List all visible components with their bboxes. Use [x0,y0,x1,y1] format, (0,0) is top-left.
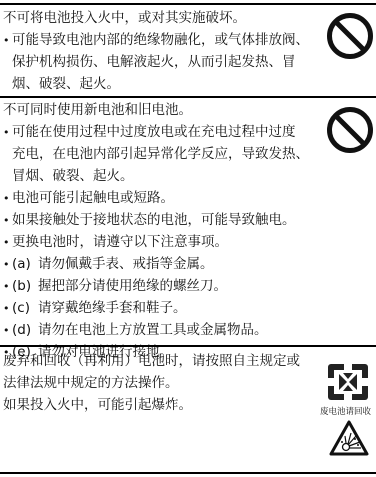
sub-item-b: (b)握把部分请使用绝缘的螺丝刀。 [3,275,321,297]
bullet-item: 电池可能引起触电或短路。 [3,187,321,209]
sub-item-label: (d) [12,319,38,341]
recycle-label: 废电池请回收 [320,405,371,417]
sub-item-c: (c)请穿戴绝缘手套和鞋子。 [3,297,321,319]
bullet-item-continuation: 冒烟、破裂、起火。 [3,165,321,187]
divider [0,96,376,98]
sub-item-label: (a) [12,253,38,275]
explosion-warning-icon [329,420,369,456]
warning-section-mixing: 不可同时使用新电池和旧电池。 可能在使用过程中过度放电或在充电过程中过度 充电，… [3,99,321,363]
divider [0,345,376,347]
sub-item-a: (a)请勿佩戴手表、戒指等金属。 [3,253,321,275]
disposal-text: 废弃和回收（再利用）电池时，请按照自主规定或 [3,350,321,372]
bullet-item: 可能在使用过程中过度放电或在充电过程中过度 [3,121,321,143]
sub-item-text: 请勿佩戴手表、戒指等金属。 [38,256,214,272]
battery-recycle-icon [327,363,369,401]
disposal-section: 废弃和回收（再利用）电池时，请按照自主规定或 法律法规中规定的方法操作。 如果投… [3,350,321,416]
warning-section-fire: 不可将电池投入火中，或对其实施破坏。 可能导致电池内部的绝缘物融化，或气体排放阀… [3,7,321,95]
sub-item-text: 请穿戴绝缘手套和鞋子。 [38,300,187,316]
divider-bottom [0,472,376,474]
disposal-text: 法律法规中规定的方法操作。 [3,372,321,394]
sub-item-text: 请勿在电池上方放置工具或金属物品。 [38,322,268,338]
divider-top [0,3,376,5]
bullet-item-continuation: 保护机构损伤、电解液起火，从而引起发热、冒 [3,51,321,73]
section-heading: 不可同时使用新电池和旧电池。 [3,99,321,121]
disposal-text: 如果投入火中，可能引起爆炸。 [3,394,321,416]
bullet-item: 可能导致电池内部的绝缘物融化，或气体排放阀、 [3,29,321,51]
sub-item-text: 握把部分请使用绝缘的螺丝刀。 [38,278,227,294]
bullet-item-continuation: 烟、破裂、起火。 [3,73,321,95]
prohibition-icon [326,12,374,60]
sub-item-label: (c) [12,297,38,319]
prohibition-icon [326,106,374,154]
section-heading: 不可将电池投入火中，或对其实施破坏。 [3,7,321,29]
sub-item-d: (d)请勿在电池上方放置工具或金属物品。 [3,319,321,341]
bullet-item-continuation: 充电，在电池内部引起异常化学反应，导致发热、 [3,143,321,165]
bullet-item: 如果接触处于接地状态的电池，可能导致触电。 [3,209,321,231]
bullet-item: 更换电池时，请遵守以下注意事项。 [3,231,321,253]
sub-item-label: (b) [12,275,38,297]
